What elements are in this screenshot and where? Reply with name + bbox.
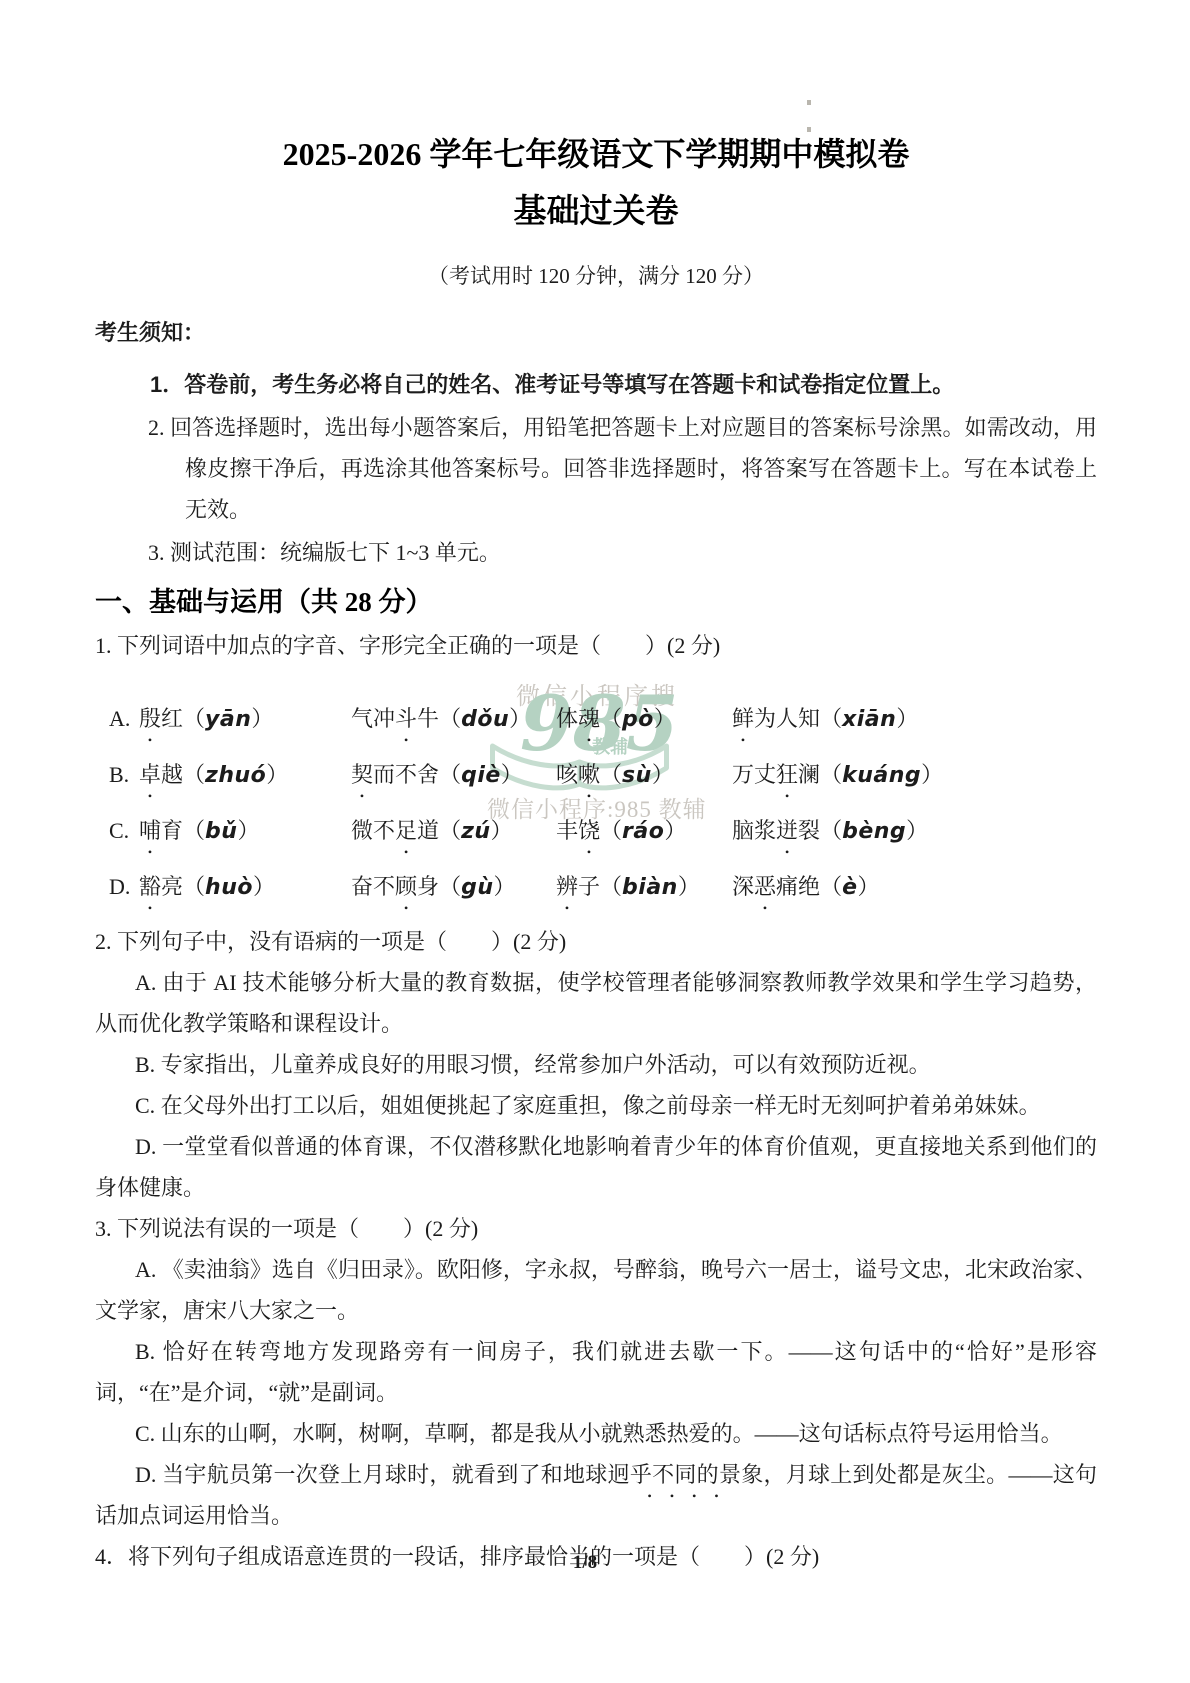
q1-option-row: D.豁亮（huò）奋不顾身（gù）辨子（biàn）深恶痛绝（è） (95, 870, 1097, 905)
word-pinyin: 体魂（pò） (556, 702, 732, 737)
word: 脑浆迸裂 (732, 818, 820, 843)
pinyin: zhuó (205, 763, 266, 788)
word: 体魂 (556, 706, 600, 731)
word: 气冲斗牛 (351, 706, 439, 731)
pinyin: bèng (842, 819, 906, 844)
pinyin: kuáng (842, 763, 921, 788)
pinyin: biàn (622, 875, 678, 900)
word: 奋不顾身 (351, 874, 439, 899)
notice-item-3: 3. 测试范围：统编版七下 1~3 单元。 (95, 532, 1097, 573)
word-pinyin: 咳嗽（sù） (556, 758, 732, 793)
word-pinyin: 哺育（bǔ） (139, 814, 351, 849)
word-pinyin: 鲜为人知（xiān） (732, 702, 918, 737)
page-subtitle: 基础过关卷 (95, 190, 1097, 234)
word: 丰饶 (556, 818, 600, 843)
exam-page: 微信小程序搜 985 教辅 微信小程序:985 教辅 2025-2026 学年七… (0, 0, 1190, 1683)
word-pinyin: 脑浆迸裂（bèng） (732, 814, 928, 849)
notice-heading: 考生须知： (95, 316, 1097, 350)
word-pinyin: 豁亮（huò） (139, 870, 351, 905)
pinyin: bǔ (205, 819, 237, 844)
option-label: C. (109, 814, 139, 848)
q3-option-a: A. 《卖油翁》选自《归田录》。欧阳修，字永叔，号醉翁，晚号六一居士，谥号文忠，… (95, 1249, 1097, 1331)
notice-item-1: 1．答卷前，考生务必将自己的姓名、准考证号等填写在答题卡和试卷指定位置上。 (95, 364, 1097, 405)
word: 豁亮 (139, 874, 183, 899)
pinyin: zú (461, 819, 490, 844)
section-heading: 一、基础与运用（共 28 分） (95, 579, 1097, 625)
q2-option-c: C. 在父母外出打工以后，姐姐便挑起了家庭重担，像之前母亲一样无时无刻呵护着弟弟… (95, 1085, 1097, 1126)
pinyin: pò (622, 707, 654, 732)
pinyin: yān (205, 707, 251, 732)
word-pinyin: 奋不顾身（gù） (351, 870, 556, 905)
word-pinyin: 微不足道（zú） (351, 814, 556, 849)
option-label: D. (109, 870, 139, 904)
word: 迥乎不同 (608, 1462, 697, 1487)
word: 哺育 (139, 818, 183, 843)
word-pinyin: 殷红（yān） (139, 702, 351, 737)
pinyin: dǒu (461, 707, 509, 732)
word: 万丈狂澜 (732, 762, 820, 787)
pinyin: ráo (622, 819, 664, 844)
word-pinyin: 气冲斗牛（dǒu） (351, 702, 556, 737)
word-pinyin: 万丈狂澜（kuáng） (732, 758, 943, 793)
word: 鲜为人知 (732, 706, 820, 731)
word: 卓越 (139, 762, 183, 787)
word: 契而不舍 (351, 762, 439, 787)
word-pinyin: 卓越（zhuó） (139, 758, 351, 793)
word: 辨子 (556, 874, 600, 899)
option-label: B. (109, 758, 139, 792)
notice-item-2: 2. 回答选择题时，选出每小题答案后，用铅笔把答题卡上对应题目的答案标号涂黑。如… (95, 407, 1097, 530)
page-title: 2025-2026 学年七年级语文下学期期中模拟卷 (95, 132, 1097, 176)
pinyin: huò (205, 875, 253, 900)
q1-stem: 1. 下列词语中加点的字音、字形完全正确的一项是（ ）(2 分) (95, 625, 1097, 666)
word-pinyin: 契而不舍（qiè） (351, 758, 556, 793)
pinyin: xiān (842, 707, 896, 732)
word-pinyin: 辨子（biàn） (556, 870, 732, 905)
word: 微不足道 (351, 818, 439, 843)
q1-option-row: C.哺育（bǔ）微不足道（zú）丰饶（ráo）脑浆迸裂（bèng） (95, 814, 1097, 849)
q3-option-b: B. 恰好在转弯地方发现路旁有一间房子，我们就进去歇一下。——这句话中的“恰好”… (95, 1331, 1097, 1413)
q1-option-row: B.卓越（zhuó）契而不舍（qiè）咳嗽（sù）万丈狂澜（kuáng） (95, 758, 1097, 793)
q2-stem: 2. 下列句子中，没有语病的一项是（ ）(2 分) (95, 921, 1097, 962)
q1-options: A.殷红（yān）气冲斗牛（dǒu）体魂（pò）鲜为人知（xiān）B.卓越（z… (95, 702, 1097, 905)
word: 咳嗽 (556, 762, 600, 787)
option-label: A. (109, 702, 139, 736)
pinyin: sù (622, 763, 652, 788)
footer-page-number: 1/8 (0, 1552, 1170, 1574)
word: 殷红 (139, 706, 183, 731)
q3-option-d: D. 当宇航员第一次登上月球时，就看到了和地球迥乎不同的景象，月球上到处都是灰尘… (95, 1454, 1097, 1536)
word-pinyin: 丰饶（ráo） (556, 814, 732, 849)
pinyin: qiè (461, 763, 501, 788)
q2-option-b: B. 专家指出，儿童养成良好的用眼习惯，经常参加户外活动，可以有效预防近视。 (95, 1044, 1097, 1085)
q2-option-a: A. 由于 AI 技术能够分析大量的教育数据，使学校管理者能够洞察教师教学效果和… (95, 962, 1097, 1044)
pinyin: gù (461, 875, 493, 900)
q3-stem: 3. 下列说法有误的一项是（ ）(2 分) (95, 1208, 1097, 1249)
pinyin: è (842, 875, 857, 900)
q2-option-d: D. 一堂堂看似普通的体育课，不仅潜移默化地影响着青少年的体育价值观，更直接地关… (95, 1126, 1097, 1208)
q3-option-c: C. 山东的山啊，水啊，树啊，草啊，都是我从小就熟悉热爱的。——这句话标点符号运… (95, 1413, 1097, 1454)
document-body: 2025-2026 学年七年级语文下学期期中模拟卷 基础过关卷 （考试用时 12… (95, 0, 1097, 1577)
q1-option-row: A.殷红（yān）气冲斗牛（dǒu）体魂（pò）鲜为人知（xiān） (95, 702, 1097, 737)
word-pinyin: 深恶痛绝（è） (732, 870, 880, 905)
word: 深恶痛绝 (732, 874, 820, 899)
exam-info: （考试用时 120 分钟，满分 120 分） (95, 260, 1097, 292)
